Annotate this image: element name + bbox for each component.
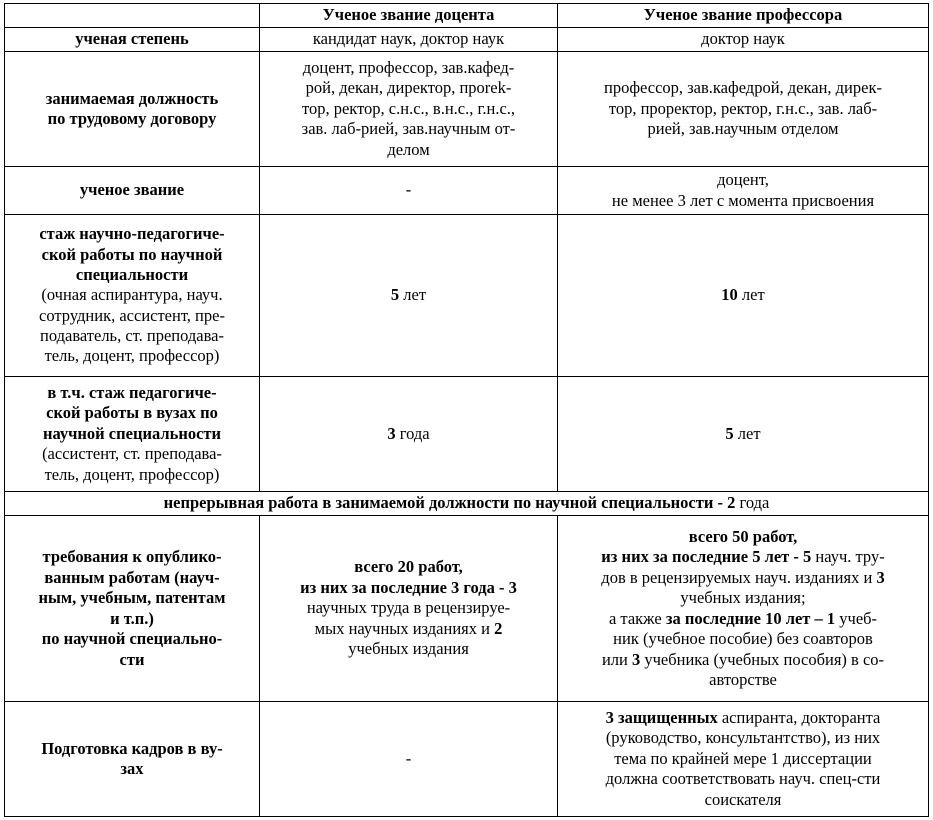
label-line: в т.ч. стаж педагогиче- xyxy=(9,383,255,404)
label-line: зах xyxy=(9,759,255,780)
text-line: авторстве xyxy=(562,670,924,691)
label-note-line: подаватель, ст. преподава- xyxy=(9,326,255,346)
text-line: доцент, профессор, зав.кафед- xyxy=(264,58,553,79)
text-part-bold: из них за последние 5 лет - 5 xyxy=(601,547,811,566)
label-line: стаж научно-педагогиче- xyxy=(9,224,255,244)
label-note-line: (ассистент, ст. преподава- xyxy=(9,444,255,465)
text-line: тема по крайней мере 1 диссертации xyxy=(562,749,924,770)
row-label-pedagogical-experience: в т.ч. стаж педагогиче- ской работы в ву… xyxy=(5,377,260,492)
header-empty-cell xyxy=(5,4,260,28)
text-part: учебника (учебных пособия) в со- xyxy=(640,650,884,669)
publications-docent: всего 20 работ, из них за последние 3 го… xyxy=(260,516,558,702)
value: 10 xyxy=(721,285,738,304)
text-line: учебных издания xyxy=(264,639,553,660)
text-line: рией, зав.научным отделом xyxy=(562,119,924,140)
text-part-bold: 3 xyxy=(876,568,884,587)
label-line: ской работы в вузах по xyxy=(9,403,255,424)
value: 3 xyxy=(387,424,395,443)
unit: года xyxy=(396,424,430,443)
text-part: аспиранта, докторанта xyxy=(718,708,881,727)
requirements-table: Ученое звание доцента Ученое звание проф… xyxy=(4,3,929,817)
label-note-line: (очная аспирантура, науч. xyxy=(9,285,255,305)
table-row-position: занимаемая должность по трудовому догово… xyxy=(5,52,929,167)
continuous-work-text: непрерывная работа в занимаемой должност… xyxy=(164,493,727,512)
unit: лет xyxy=(734,424,761,443)
table-row-publications: требования к опублико- ванным работам (н… xyxy=(5,516,929,702)
text-line: научных труда в рецензируе- xyxy=(264,598,553,619)
text-part-bold: 2 xyxy=(494,619,502,638)
text-part-bold: 3 защищенных xyxy=(606,708,718,727)
label-line: научной специальности xyxy=(9,424,255,445)
header-docent: Ученое звание доцента xyxy=(260,4,558,28)
label-line: по научной специально- xyxy=(9,629,255,650)
table-row-academic-title: ученое звание - доцент, не менее 3 лет с… xyxy=(5,167,929,215)
text-line: зав. лаб-рией, зав.научным от- xyxy=(264,119,553,140)
text-part-bold: за последние 10 лет – 1 xyxy=(666,609,835,628)
academic-title-docent: - xyxy=(260,167,558,215)
text-part: науч. тру- xyxy=(811,547,884,566)
row-label-degree: ученая степень xyxy=(5,28,260,52)
text-line: доцент, xyxy=(562,170,924,191)
value: 5 xyxy=(391,285,399,304)
text-line: тор, ректор, с.н.с., в.н.с., г.н.с., xyxy=(264,99,553,120)
text-line: а также за последние 10 лет – 1 учеб- xyxy=(562,609,924,630)
text-line: 3 защищенных аспиранта, докторанта xyxy=(562,708,924,729)
text-line: рой, декан, директор, проrek- xyxy=(264,78,553,99)
text-part: дов в рецензируемых науч. изданиях и xyxy=(601,568,876,587)
degree-docent: кандидат наук, доктор наук xyxy=(260,28,558,52)
training-docent: - xyxy=(260,702,558,817)
text-line: ник (учебное пособие) без соавторов xyxy=(562,629,924,650)
text-line: профессор, зав.кафедрой, декан, дирек- xyxy=(562,78,924,99)
label-note-line: сотрудник, ассистент, пре- xyxy=(9,306,255,326)
label-line: сти xyxy=(9,650,255,671)
unit: лет xyxy=(399,285,426,304)
degree-professor: доктор наук xyxy=(558,28,929,52)
text-line: дов в рецензируемых науч. изданиях и 3 xyxy=(562,568,924,589)
table-row-continuous-work: непрерывная работа в занимаемой должност… xyxy=(5,492,929,516)
text-line: соискателя xyxy=(562,790,924,811)
text-line: мых научных изданиях и 2 xyxy=(264,619,553,640)
experience-docent: 5 лет xyxy=(260,215,558,377)
text-line: не менее 3 лет с момента присвоения xyxy=(562,191,924,212)
text-part-bold: 3 xyxy=(632,650,640,669)
table-row-pedagogical-experience: в т.ч. стаж педагогиче- ской работы в ву… xyxy=(5,377,929,492)
header-row: Ученое звание доцента Ученое звание проф… xyxy=(5,4,929,28)
label-note-line: тель, доцент, профессор) xyxy=(9,346,255,366)
label-line: ным, учебным, патентам xyxy=(9,588,255,609)
academic-title-professor: доцент, не менее 3 лет с момента присвое… xyxy=(558,167,929,215)
text-line: всего 20 работ, xyxy=(264,557,553,578)
label-line: требования к опублико- xyxy=(9,547,255,568)
text-line: или 3 учебника (учебных пособия) в со- xyxy=(562,650,924,671)
pedagogical-experience-docent: 3 года xyxy=(260,377,558,492)
text-line: из них за последние 3 года - 3 xyxy=(264,578,553,599)
continuous-work-unit: года xyxy=(735,493,769,512)
label-line: ской работы по научной xyxy=(9,245,255,265)
position-docent: доцент, профессор, зав.кафед- рой, декан… xyxy=(260,52,558,167)
text-line: тор, проректор, ректор, г.н.с., зав. лаб… xyxy=(562,99,924,120)
table-row-degree: ученая степень кандидат наук, доктор нау… xyxy=(5,28,929,52)
label-line: специальности xyxy=(9,265,255,285)
text-part: мых научных изданиях и xyxy=(315,619,494,638)
label-line: ванным работам (науч- xyxy=(9,568,255,589)
pedagogical-experience-professor: 5 лет xyxy=(558,377,929,492)
text-line: учебных издания; xyxy=(562,588,924,609)
row-label-academic-title: ученое звание xyxy=(5,167,260,215)
row-label-position: занимаемая должность по трудовому догово… xyxy=(5,52,260,167)
label-line: занимаемая должность xyxy=(9,89,255,110)
text-line: делом xyxy=(264,140,553,161)
header-professor: Ученое звание профессора xyxy=(558,4,929,28)
text-part: а также xyxy=(609,609,666,628)
label-line: по трудовому договору xyxy=(9,109,255,130)
text-line: (руководство, консультантство), из них xyxy=(562,728,924,749)
table-row-experience: стаж научно-педагогиче- ской работы по н… xyxy=(5,215,929,377)
publications-professor: всего 50 работ, из них за последние 5 ле… xyxy=(558,516,929,702)
training-professor: 3 защищенных аспиранта, докторанта (руко… xyxy=(558,702,929,817)
label-note-line: тель, доцент, профессор) xyxy=(9,465,255,486)
text-line: всего 50 работ, xyxy=(562,527,924,548)
row-label-publications: требования к опублико- ванным работам (н… xyxy=(5,516,260,702)
table-row-training: Подготовка кадров в ву- зах - 3 защищенн… xyxy=(5,702,929,817)
text-part: или xyxy=(602,650,632,669)
text-line: из них за последние 5 лет - 5 науч. тру- xyxy=(562,547,924,568)
value: 5 xyxy=(725,424,733,443)
label-line: и т.п.) xyxy=(9,609,255,630)
text-part: учеб- xyxy=(835,609,877,628)
row-label-experience: стаж научно-педагогиче- ской работы по н… xyxy=(5,215,260,377)
text-line: должна соответствовать науч. спец-сти xyxy=(562,769,924,790)
position-professor: профессор, зав.кафедрой, декан, дирек- т… xyxy=(558,52,929,167)
experience-professor: 10 лет xyxy=(558,215,929,377)
label-line: Подготовка кадров в ву- xyxy=(9,739,255,760)
row-label-training: Подготовка кадров в ву- зах xyxy=(5,702,260,817)
unit: лет xyxy=(738,285,765,304)
continuous-work-cell: непрерывная работа в занимаемой должност… xyxy=(5,492,929,516)
